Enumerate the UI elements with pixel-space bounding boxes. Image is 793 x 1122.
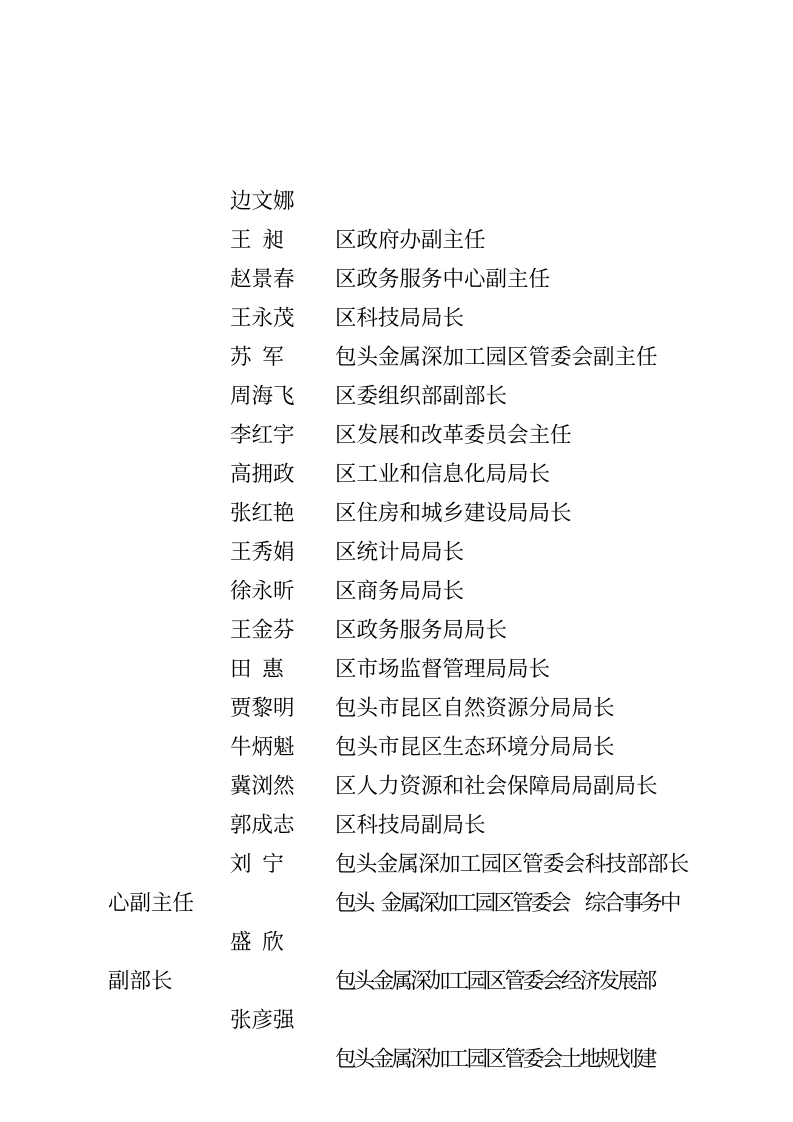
roster-row: 郭成志 包头金属深加工园区管委会科技部部长 [0,767,793,806]
roster-row: 赵景春 区科技局局长 [0,221,793,260]
roster-row: 王 昶 区政务服务中心副主任 [0,182,793,221]
roster-row: 王秀娟 区商务局局长 [0,494,793,533]
roster-row: 高拥政 区住房和城乡建设局局长 [0,416,793,455]
document-page: 边文娜 区政府办副主任 王 昶 区政务服务中心副主任 赵景春 区科技局局长 王永… [0,0,793,1122]
roster-row: 苏 军 区委组织部副部长 [0,299,793,338]
roster-row: 张红艳 区统计局局长 [0,455,793,494]
roster-row: 冀浏然 区科技局副局长 [0,728,793,767]
roster-row: 张彦强 包头金属深加工园区管委会土地规划建 [0,962,793,1001]
roster-row: 周海飞 区发展和改革委员会主任 [0,338,793,377]
roster-row: 边文娜 区政府办副主任 [0,143,793,182]
roster-row: 李红宇 区工业和信息化局局长 [0,377,793,416]
roster-row: 贾黎明 包头市昆区生态环境分局局长 [0,650,793,689]
roster-row: 牛炳魁 区人力资源和社会保障局局副局长 [0,689,793,728]
roster-row-continuation: 副部长 [0,923,793,962]
roster-row: 徐永昕 区政务服务局局长 [0,533,793,572]
roster-row-continuation: 心副主任 [0,845,793,884]
roster-row: 盛 欣 包头金属深加工园区管委会经济发展部 [0,884,793,923]
roster-row: 刘 宁 包头 金属深加工园区管委会 综合事务中 [0,806,793,845]
person-name: 张彦强 [230,1001,295,1040]
person-title: 包头金属深加工园区管委会土地规划建 [335,1040,655,1079]
roster-row: 田 惠 包头市昆区自然资源分局局长 [0,611,793,650]
roster-row: 王金芬 区市场监督管理局局长 [0,572,793,611]
roster-row: 王永茂 包头金属深加工园区管委会副主任 [0,260,793,299]
